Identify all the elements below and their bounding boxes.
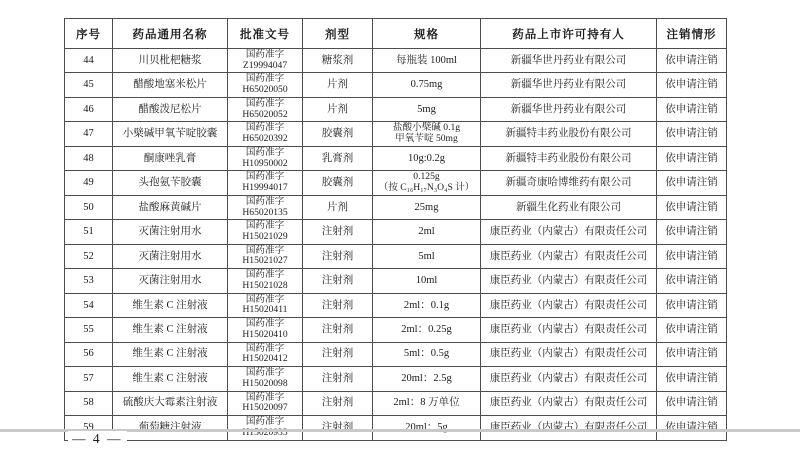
approval-number-cell: 国药准字H15021027	[228, 244, 303, 268]
license-holder-cell: 新疆华世丹药业有限公司	[481, 49, 657, 73]
specification-cell: 2ml：0.1g	[373, 293, 481, 317]
license-holder-cell: 新疆华世丹药业有限公司	[481, 97, 657, 121]
table-row: 54维生素 C 注射液国药准字H15020411注射剂2ml：0.1g康臣药业（…	[65, 293, 727, 317]
serial-number-cell: 55	[65, 318, 113, 342]
drug-name-cell: 醋酸地塞米松片	[113, 73, 228, 97]
cancellation-type-cell: 依申请注销	[657, 97, 727, 121]
approval-number-cell: 国药准字Z19994047	[228, 49, 303, 73]
approval-number-cell: 国药准字H15020097	[228, 391, 303, 415]
approval-number-cell: 国药准字H15020411	[228, 293, 303, 317]
page-number: — 4 —	[68, 431, 127, 447]
serial-number-cell: 58	[65, 391, 113, 415]
dosage-form-cell: 片剂	[303, 73, 373, 97]
dosage-form-cell: 注射剂	[303, 244, 373, 268]
specification-cell: 25mg	[373, 195, 481, 219]
approval-number-cell: 国药准字H15021028	[228, 269, 303, 293]
cancellation-type-cell: 依申请注销	[657, 318, 727, 342]
document-page: 序号 药品通用名称 批准文号 剂型 规格 药品上市许可持有人 注销情形 44川贝…	[0, 0, 800, 449]
cancellation-type-cell: 依申请注销	[657, 367, 727, 391]
specification-cell: 10g:0.2g	[373, 146, 481, 170]
approval-number-cell: 国药准字H19994017	[228, 171, 303, 195]
approval-number-cell: 国药准字H15020098	[228, 367, 303, 391]
drug-name-cell: 醋酸泼尼松片	[113, 97, 228, 121]
serial-number-cell: 48	[65, 146, 113, 170]
license-holder-cell: 康臣药业（内蒙古）有限责任公司	[481, 367, 657, 391]
drug-name-cell: 维生素 C 注射液	[113, 293, 228, 317]
table-body: 44川贝枇杷糖浆国药准字Z19994047糖浆剂每瓶装 100ml新疆华世丹药业…	[65, 49, 727, 441]
drug-name-cell: 头孢氨苄胶囊	[113, 171, 228, 195]
license-holder-cell: 康臣药业（内蒙古）有限责任公司	[481, 220, 657, 244]
approval-number-cell: 国药准字H65020052	[228, 97, 303, 121]
cancellation-type-cell: 依申请注销	[657, 293, 727, 317]
specification-cell: 20ml：5g	[373, 416, 481, 440]
header-drug-name: 药品通用名称	[113, 19, 228, 49]
drug-name-cell: 小檗碱甲氧苄啶胶囊	[113, 122, 228, 146]
cancellation-type-cell: 依申请注销	[657, 220, 727, 244]
license-holder-cell: 康臣药业（内蒙古）有限责任公司	[481, 342, 657, 366]
dosage-form-cell: 注射剂	[303, 269, 373, 293]
drug-name-cell: 维生素 C 注射液	[113, 342, 228, 366]
drug-name-cell: 酮康唑乳膏	[113, 146, 228, 170]
serial-number-cell: 56	[65, 342, 113, 366]
license-holder-cell: 康臣药业（内蒙古）有限责任公司	[481, 391, 657, 415]
specification-cell: 5ml：0.5g	[373, 342, 481, 366]
license-holder-cell: 康臣药业（内蒙古）有限责任公司	[481, 416, 657, 440]
approval-number-cell: 国药准字H15020412	[228, 342, 303, 366]
dosage-form-cell: 注射剂	[303, 293, 373, 317]
specification-cell: 盐酸小檗碱 0.1g甲氧苄啶 50mg	[373, 122, 481, 146]
drug-name-cell: 维生素 C 注射液	[113, 318, 228, 342]
serial-number-cell: 45	[65, 73, 113, 97]
approval-number-cell: 国药准字H10950002	[228, 146, 303, 170]
serial-number-cell: 53	[65, 269, 113, 293]
table-row: 56维生素 C 注射液国药准字H15020412注射剂5ml：0.5g康臣药业（…	[65, 342, 727, 366]
license-holder-cell: 新疆生化药业有限公司	[481, 195, 657, 219]
serial-number-cell: 57	[65, 367, 113, 391]
license-holder-cell: 新疆奇康哈博维药有限公司	[481, 171, 657, 195]
serial-number-cell: 46	[65, 97, 113, 121]
table-row: 47小檗碱甲氧苄啶胶囊国药准字H65020392胶囊剂盐酸小檗碱 0.1g甲氧苄…	[65, 122, 727, 146]
specification-cell: 20ml：2.5g	[373, 367, 481, 391]
dosage-form-cell: 注射剂	[303, 367, 373, 391]
license-holder-cell: 新疆特丰药业股份有限公司	[481, 122, 657, 146]
dosage-form-cell: 注射剂	[303, 416, 373, 440]
dosage-form-cell: 注射剂	[303, 318, 373, 342]
cancellation-type-cell: 依申请注销	[657, 73, 727, 97]
dosage-form-cell: 注射剂	[303, 220, 373, 244]
drug-name-cell: 硫酸庆大霉素注射液	[113, 391, 228, 415]
approval-number-cell: 国药准字H65020050	[228, 73, 303, 97]
table-row: 50盐酸麻黄碱片国药准字H65020135片剂25mg新疆生化药业有限公司依申请…	[65, 195, 727, 219]
specification-cell: 10ml	[373, 269, 481, 293]
specification-cell: 2ml：0.25g	[373, 318, 481, 342]
cancellation-type-cell: 依申请注销	[657, 146, 727, 170]
table-row: 58硫酸庆大霉素注射液国药准字H15020097注射剂2ml：8 万单位康臣药业…	[65, 391, 727, 415]
table-row: 52灭菌注射用水国药准字H15021027注射剂5ml康臣药业（内蒙古）有限责任…	[65, 244, 727, 268]
dosage-form-cell: 乳膏剂	[303, 146, 373, 170]
cancellation-type-cell: 依申请注销	[657, 416, 727, 440]
drug-name-cell: 灭菌注射用水	[113, 220, 228, 244]
header-approval-number: 批准文号	[228, 19, 303, 49]
table-row: 57维生素 C 注射液国药准字H15020098注射剂20ml：2.5g康臣药业…	[65, 367, 727, 391]
table-row: 55维生素 C 注射液国药准字H15020410注射剂2ml：0.25g康臣药业…	[65, 318, 727, 342]
cancellation-type-cell: 依申请注销	[657, 391, 727, 415]
cancellation-type-cell: 依申请注销	[657, 195, 727, 219]
drug-name-cell: 维生素 C 注射液	[113, 367, 228, 391]
license-holder-cell: 康臣药业（内蒙古）有限责任公司	[481, 293, 657, 317]
approval-number-cell: 国药准字H15020933	[228, 416, 303, 440]
table-row: 51灭菌注射用水国药准字H15021029注射剂2ml康臣药业（内蒙古）有限责任…	[65, 220, 727, 244]
specification-cell: 0.75mg	[373, 73, 481, 97]
approval-number-cell: 国药准字H15021029	[228, 220, 303, 244]
drug-name-cell: 盐酸麻黄碱片	[113, 195, 228, 219]
specification-cell: 5mg	[373, 97, 481, 121]
cancellation-type-cell: 依申请注销	[657, 171, 727, 195]
table-row: 53灭菌注射用水国药准字H15021028注射剂10ml康臣药业（内蒙古）有限责…	[65, 269, 727, 293]
dosage-form-cell: 胶囊剂	[303, 171, 373, 195]
approval-number-cell: 国药准字H65020392	[228, 122, 303, 146]
serial-number-cell: 51	[65, 220, 113, 244]
drug-name-cell: 灭菌注射用水	[113, 244, 228, 268]
serial-number-cell: 50	[65, 195, 113, 219]
license-holder-cell: 康臣药业（内蒙古）有限责任公司	[481, 318, 657, 342]
serial-number-cell: 44	[65, 49, 113, 73]
header-serial-number: 序号	[65, 19, 113, 49]
table-row: 46醋酸泼尼松片国药准字H65020052片剂5mg新疆华世丹药业有限公司依申请…	[65, 97, 727, 121]
specification-cell: 每瓶装 100ml	[373, 49, 481, 73]
approval-number-cell: 国药准字H65020135	[228, 195, 303, 219]
drug-name-cell: 葡萄糖注射液	[113, 416, 228, 440]
license-holder-cell: 康臣药业（内蒙古）有限责任公司	[481, 269, 657, 293]
cancellation-type-cell: 依申请注销	[657, 269, 727, 293]
specification-cell: 5ml	[373, 244, 481, 268]
specification-cell: 0.125g（按 C₁₆H₁₇N₃O₄S 计）	[373, 171, 481, 195]
license-holder-cell: 新疆华世丹药业有限公司	[481, 73, 657, 97]
serial-number-cell: 47	[65, 122, 113, 146]
table-row: 49头孢氨苄胶囊国药准字H19994017胶囊剂0.125g（按 C₁₆H₁₇N…	[65, 171, 727, 195]
header-license-holder: 药品上市许可持有人	[481, 19, 657, 49]
table-row: 45醋酸地塞米松片国药准字H65020050片剂0.75mg新疆华世丹药业有限公…	[65, 73, 727, 97]
cancellation-type-cell: 依申请注销	[657, 342, 727, 366]
dosage-form-cell: 片剂	[303, 97, 373, 121]
table-row: 59葡萄糖注射液国药准字H15020933注射剂20ml：5g康臣药业（内蒙古）…	[65, 416, 727, 440]
dosage-form-cell: 片剂	[303, 195, 373, 219]
table-header-row: 序号 药品通用名称 批准文号 剂型 规格 药品上市许可持有人 注销情形	[65, 19, 727, 49]
license-holder-cell: 新疆特丰药业股份有限公司	[481, 146, 657, 170]
license-holder-cell: 康臣药业（内蒙古）有限责任公司	[481, 244, 657, 268]
drug-name-cell: 川贝枇杷糖浆	[113, 49, 228, 73]
specification-cell: 2ml：8 万单位	[373, 391, 481, 415]
dosage-form-cell: 糖浆剂	[303, 49, 373, 73]
approval-number-cell: 国药准字H15020410	[228, 318, 303, 342]
header-dosage-form: 剂型	[303, 19, 373, 49]
dosage-form-cell: 注射剂	[303, 391, 373, 415]
dosage-form-cell: 胶囊剂	[303, 122, 373, 146]
serial-number-cell: 49	[65, 171, 113, 195]
drug-name-cell: 灭菌注射用水	[113, 269, 228, 293]
drug-cancellation-table: 序号 药品通用名称 批准文号 剂型 规格 药品上市许可持有人 注销情形 44川贝…	[64, 18, 727, 441]
table-row: 44川贝枇杷糖浆国药准字Z19994047糖浆剂每瓶装 100ml新疆华世丹药业…	[65, 49, 727, 73]
cancellation-type-cell: 依申请注销	[657, 49, 727, 73]
table-row: 48酮康唑乳膏国药准字H10950002乳膏剂10g:0.2g新疆特丰药业股份有…	[65, 146, 727, 170]
cancellation-type-cell: 依申请注销	[657, 244, 727, 268]
serial-number-cell: 54	[65, 293, 113, 317]
dosage-form-cell: 注射剂	[303, 342, 373, 366]
serial-number-cell: 52	[65, 244, 113, 268]
header-cancellation: 注销情形	[657, 19, 727, 49]
cancellation-type-cell: 依申请注销	[657, 122, 727, 146]
header-specification: 规格	[373, 19, 481, 49]
specification-cell: 2ml	[373, 220, 481, 244]
